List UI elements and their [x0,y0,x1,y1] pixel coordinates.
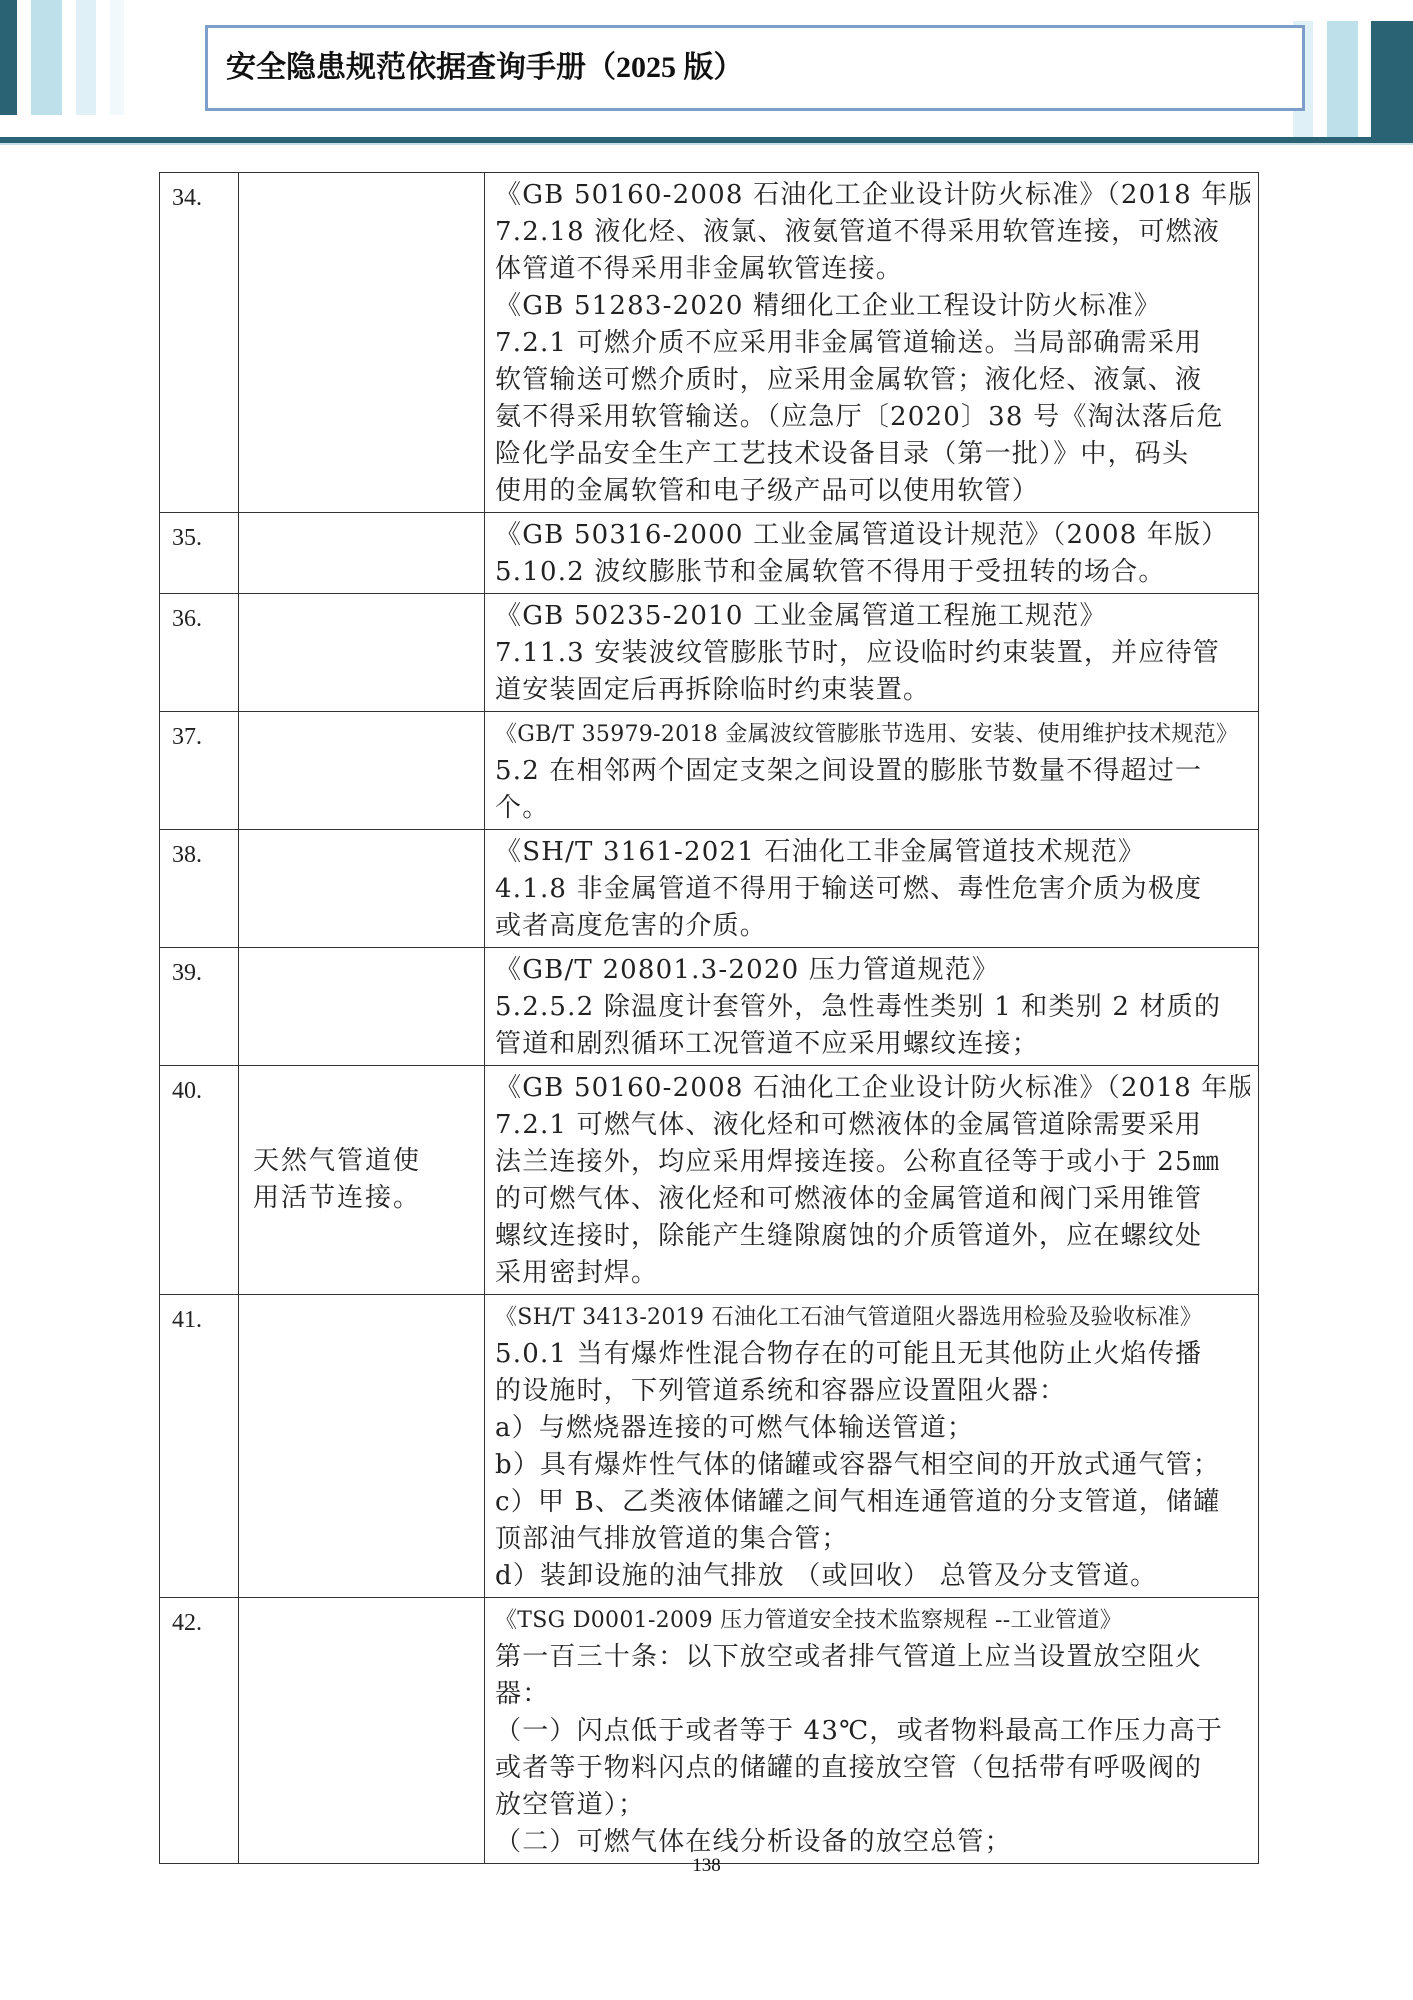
clause-text: 放空管道）； [495,1787,1250,1824]
row-number: 35. [160,513,239,594]
row-number: 39. [160,948,239,1066]
row-number: 36. [160,594,239,712]
regulation-reference: 《GB/T 35979-2018 金属波纹管膨胀节选用、安装、使用维护技术规范》… [485,712,1259,830]
clause-text: 个。 [495,790,1250,827]
table-row: 34.《GB 50160-2008 石油化工企业设计防火标准》（2018 年版）… [160,173,1259,513]
clause-text: 顶部油气排放管道的集合管； [495,1521,1250,1558]
clause-text: 5.10.2 波纹膨胀节和金属软管不得用于受扭转的场合。 [495,554,1250,591]
left-light-bar [31,0,62,115]
clause-text: 或者高度危害的介质。 [495,908,1250,945]
hazard-description [239,513,485,594]
hazard-description [239,1295,485,1598]
clause-text: 5.2 在相邻两个固定支架之间设置的膨胀节数量不得超过一 [495,753,1250,790]
table-row: 35.《GB 50316-2000 工业金属管道设计规范》（2008 年版）5.… [160,513,1259,594]
regulation-reference: 《GB 50235-2010 工业金属管道工程施工规范》7.11.3 安装波纹管… [485,594,1259,712]
clause-text: 的设施时，下列管道系统和容器应设置阻火器： [495,1373,1250,1410]
regulation-reference: 《GB 50160-2008 石油化工企业设计防火标准》（2018 年版）7.2… [485,173,1259,513]
standard-title: 《TSG D0001-2009 压力管道安全技术监察规程 --工业管道》 [495,1602,1250,1639]
right-dark-bar [1371,21,1413,143]
page-title: 安全隐患规范依据查询手册（2025 版） [226,42,744,86]
hazard-description [239,830,485,948]
clause-text: 7.2.1 可燃介质不应采用非金属管道输送。当局部确需采用 [495,325,1250,362]
clause-text: 7.2.18 液化烃、液氯、液氨管道不得采用软管连接，可燃液 [495,214,1250,251]
regulation-reference: 《GB/T 20801.3-2020 压力管道规范》5.2.5.2 除温度计套管… [485,948,1259,1066]
hazard-description-line: 用活节连接。 [253,1180,474,1217]
regulation-reference: 《GB 50316-2000 工业金属管道设计规范》（2008 年版）5.10.… [485,513,1259,594]
header-title-box: 安全隐患规范依据查询手册（2025 版） [205,25,1305,111]
standard-title: 《GB 50235-2010 工业金属管道工程施工规范》 [495,598,1250,635]
clause-text: 7.2.1 可燃气体、液化烃和可燃液体的金属管道除需要采用 [495,1107,1250,1144]
clause-text: 险化学品安全生产工艺技术设备目录（第一批）》中，码头 [495,436,1250,473]
table-row: 37.《GB/T 35979-2018 金属波纹管膨胀节选用、安装、使用维护技术… [160,712,1259,830]
regulation-reference: 《GB 50160-2008 石油化工企业设计防火标准》（2018 年版）7.2… [485,1066,1259,1295]
clause-text: 《GB 51283-2020 精细化工企业工程设计防火标准》 [495,288,1250,325]
clause-text: 使用的金属软管和电子级产品可以使用软管） [495,473,1250,510]
clause-text: 体管道不得采用非金属软管连接。 [495,251,1250,288]
regulation-table: 34.《GB 50160-2008 石油化工企业设计防火标准》（2018 年版）… [159,172,1259,1864]
row-number: 41. [160,1295,239,1598]
clause-text: 5.0.1 当有爆炸性混合物存在的可能且无其他防止火焰传播 [495,1336,1250,1373]
hazard-description [239,1598,485,1864]
standard-title: 《GB/T 35979-2018 金属波纹管膨胀节选用、安装、使用维护技术规范》 [495,716,1250,753]
standard-title: 《SH/T 3161-2021 石油化工非金属管道技术规范》 [495,834,1250,871]
table-row: 40.天然气管道使用活节连接。《GB 50160-2008 石油化工企业设计防火… [160,1066,1259,1295]
row-number: 40. [160,1066,239,1295]
clause-text: 软管输送可燃介质时，应采用金属软管；液化烃、液氯、液 [495,362,1250,399]
clause-text: 或者等于物料闪点的储罐的直接放空管（包括带有呼吸阀的 [495,1750,1250,1787]
hazard-description [239,594,485,712]
left-lighter-bar [76,0,96,115]
clause-text: 采用密封焊。 [495,1255,1250,1292]
clause-text: （一）闪点低于或者等于 43℃，或者物料最高工作压力高于 [495,1713,1250,1750]
clause-text: 管道和剧烈循环工况管道不应采用螺纹连接； [495,1026,1250,1063]
left-faint-bar [110,0,124,115]
clause-text: 第一百三十条：以下放空或者排气管道上应当设置放空阻火 [495,1639,1250,1676]
standard-title: 《GB 50160-2008 石油化工企业设计防火标准》（2018 年版） [495,177,1250,214]
row-number: 37. [160,712,239,830]
row-number: 38. [160,830,239,948]
header-rule-shadow [0,143,1413,145]
clause-text: a）与燃烧器连接的可燃气体输送管道； [495,1410,1250,1447]
clause-text: 螺纹连接时，除能产生缝隙腐蚀的介质管道外，应在螺纹处 [495,1218,1250,1255]
clause-text: 道安装固定后再拆除临时约束装置。 [495,672,1250,709]
clause-text: 4.1.8 非金属管道不得用于输送可燃、毒性危害介质为极度 [495,871,1250,908]
clause-text: 的可燃气体、液化烃和可燃液体的金属管道和阀门采用锥管 [495,1181,1250,1218]
table-row: 38.《SH/T 3161-2021 石油化工非金属管道技术规范》4.1.8 非… [160,830,1259,948]
row-number: 34. [160,173,239,513]
clause-text: 氨不得采用软管输送。（应急厅〔2020〕38 号《淘汰落后危 [495,399,1250,436]
regulation-reference: 《SH/T 3413-2019 石油化工石油气管道阻火器选用检验及验收标准》5.… [485,1295,1259,1598]
hazard-description-line: 天然气管道使 [253,1143,474,1180]
regulation-reference: 《TSG D0001-2009 压力管道安全技术监察规程 --工业管道》第一百三… [485,1598,1259,1864]
table-row: 41.《SH/T 3413-2019 石油化工石油气管道阻火器选用检验及验收标准… [160,1295,1259,1598]
right-light-bar [1327,21,1358,137]
table-row: 42.《TSG D0001-2009 压力管道安全技术监察规程 --工业管道》第… [160,1598,1259,1864]
clause-text: 法兰连接外，均应采用焊接连接。公称直径等于或小于 25㎜ [495,1144,1250,1181]
standard-title: 《GB 50160-2008 石油化工企业设计防火标准》（2018 年版） [495,1070,1250,1107]
clause-text: 7.11.3 安装波纹管膨胀节时，应设临时约束装置，并应待管 [495,635,1250,672]
page-number: 138 [0,1855,1413,1877]
hazard-description [239,712,485,830]
left-dark-bar [0,0,17,115]
hazard-description [239,948,485,1066]
table-row: 36.《GB 50235-2010 工业金属管道工程施工规范》7.11.3 安装… [160,594,1259,712]
clause-text: 5.2.5.2 除温度计套管外，急性毒性类别 1 和类别 2 材质的 [495,989,1250,1026]
standard-title: 《GB/T 20801.3-2020 压力管道规范》 [495,952,1250,989]
row-number: 42. [160,1598,239,1864]
clause-text: 器： [495,1676,1250,1713]
clause-text: d）装卸设施的油气排放 （或回收） 总管及分支管道。 [495,1558,1250,1595]
hazard-description [239,173,485,513]
clause-text: b）具有爆炸性气体的储罐或容器气相空间的开放式通气管； [495,1447,1250,1484]
hazard-description-text: 天然气管道使用活节连接。 [239,1143,484,1217]
standard-title: 《GB 50316-2000 工业金属管道设计规范》（2008 年版） [495,517,1250,554]
regulation-reference: 《SH/T 3161-2021 石油化工非金属管道技术规范》4.1.8 非金属管… [485,830,1259,948]
table-row: 39.《GB/T 20801.3-2020 压力管道规范》5.2.5.2 除温度… [160,948,1259,1066]
hazard-description: 天然气管道使用活节连接。 [239,1066,485,1295]
clause-text: c）甲 B、乙类液体储罐之间气相连通管道的分支管道，储罐 [495,1484,1250,1521]
standard-title: 《SH/T 3413-2019 石油化工石油气管道阻火器选用检验及验收标准》 [495,1299,1250,1336]
